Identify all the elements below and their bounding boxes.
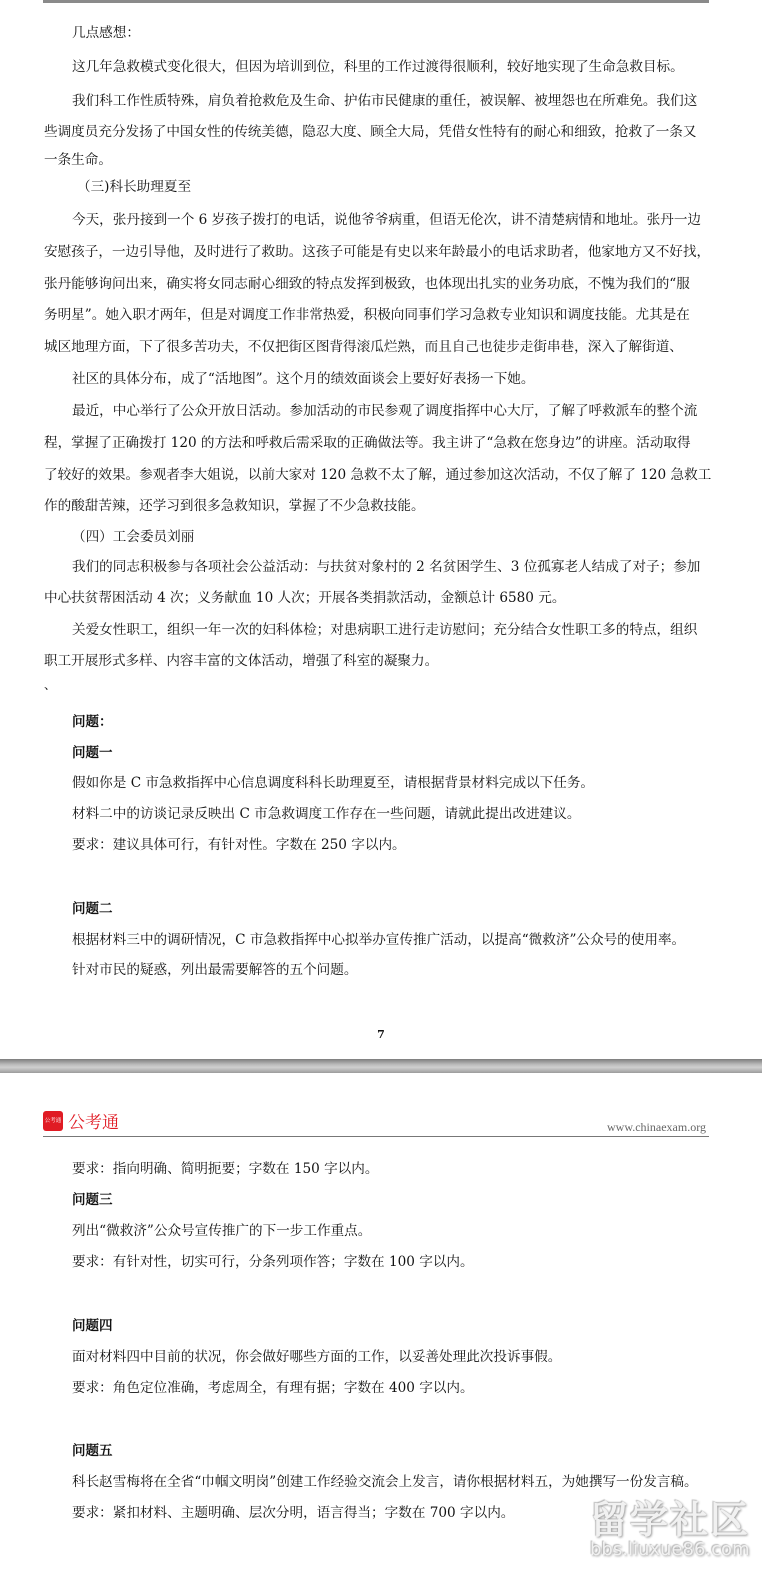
watermark-url: bbs.liuxue86.com [590, 1540, 760, 1560]
question-title: 问题一 [0, 744, 762, 762]
page-top-rule [43, 0, 709, 3]
question-line: 科长赵雪梅将在全省“巾帼文明岗”创建工作经验交流会上发言，请你根据材料五，为她撰… [0, 1473, 762, 1491]
questions-heading: 问题： [0, 713, 762, 731]
question-line: 列出“微救济”公众号宣传推广的下一步工作重点。 [0, 1222, 762, 1240]
question-requirement: 要求：建议具体可行，有针对性。字数在 250 字以内。 [0, 836, 762, 854]
paragraph-line: 务明星”。她入职才两年，但是对调度工作非常热爱，积极向同事们学习急救专业知识和调… [0, 306, 762, 324]
site-url: www.chinaexam.org [607, 1120, 706, 1135]
paragraph-line: 安慰孩子，一边引导他，及时进行了救助。这孩子可能是有史以来年龄最小的电话求助者，… [0, 243, 762, 261]
question-line: 面对材料四中目前的状况，你会做好哪些方面的工作，以妥善处理此次投诉事假。 [0, 1348, 762, 1366]
paragraph-line: 我们科工作性质特殊，肩负着抢救危及生命、护佑市民健康的重任，被误解、被埋怨也在所… [0, 92, 762, 110]
paragraph-line: 这几年急救模式变化很大，但因为培训到位，科里的工作过渡得很顺利，较好地实现了生命… [0, 58, 762, 76]
question-line: 根据材料三中的调研情况，C 市急救指挥中心拟举办宣传推广活动，以提高“微救济”公… [0, 931, 762, 949]
section-heading: （四）工会委员刘丽 [0, 528, 762, 546]
question-requirement: 要求：有针对性，切实可行，分条列项作答；字数在 100 字以内。 [0, 1253, 762, 1271]
paragraph-line: 社区的具体分布，成了“活地图”。这个月的绩效面谈会上要好好表扬一下她。 [0, 370, 762, 388]
paragraph-line: 些调度员充分发扬了中国女性的传统美德，隐忍大度、顾全大局，凭借女性特有的耐心和细… [0, 123, 762, 141]
paragraph-line: 城区地理方面，下了很多苦功夫，不仅把街区图背得滚瓜烂熟，而且自己也徒步走街串巷，… [0, 338, 762, 356]
paragraph-line: 作的酸甜苦辣，还学习到很多急救知识，掌握了不少急救技能。 [0, 497, 762, 515]
paragraph-line: 关爱女性职工，组织一年一次的妇科体检；对患病职工进行走访慰问；充分结合女性职工多… [0, 621, 762, 639]
paragraph-line: 程，掌握了正确拨打 120 的方法和呼救后需采取的正确做法等。我主讲了“急救在您… [0, 434, 762, 452]
page-header: 公考通 公考通 www.chinaexam.org [43, 1110, 709, 1137]
question-line: 假如你是 C 市急救指挥中心信息调度科科长助理夏至，请根据背景材料完成以下任务。 [0, 774, 762, 792]
question-title: 问题四 [0, 1317, 762, 1335]
paragraph-line: 了较好的效果。参观者李大姐说，以前大家对 120 急救不太了解，通过参加这次活动… [0, 466, 762, 484]
brand-name: 公考通 [68, 1108, 119, 1133]
paragraph-line: 我们的同志积极参与各项社会公益活动：与扶贫对象村的 2 名贫困学生、3 位孤寡老… [0, 558, 762, 576]
page-number: 7 [0, 1028, 762, 1041]
paragraph-line: 中心扶贫帮困活动 4 次；义务献血 10 人次；开展各类捐款活动，金额总计 65… [0, 589, 762, 607]
paragraph-line: 张丹能够询问出来，确实将女同志耐心细致的特点发挥到极致，也体现出扎实的业务功底，… [0, 275, 762, 293]
page-separator [0, 1059, 762, 1073]
question-title: 问题三 [0, 1191, 762, 1209]
question-requirement: 要求：角色定位准确，考虑周全，有理有据；字数在 400 字以内。 [0, 1379, 762, 1397]
paragraph-line: 一条生命。 [0, 151, 762, 169]
paragraph-line: 几点感想： [0, 24, 762, 42]
question-title: 问题二 [0, 900, 762, 918]
watermark: 留学社区 bbs.liuxue86.com [590, 1500, 760, 1568]
paragraph-line: 今天，张丹接到一个 6 岁孩子拨打的电话，说他爷爷病重，但语无伦次，讲不清楚病情… [0, 211, 762, 229]
paragraph-line: 职工开展形式多样、内容丰富的文体活动，增强了科室的凝聚力。 [0, 652, 762, 670]
stray-mark: 、 [44, 676, 56, 693]
question-requirement: 要求：指向明确、简明扼要；字数在 150 字以内。 [0, 1160, 762, 1178]
paragraph-line: 最近，中心举行了公众开放日活动。参加活动的市民参观了调度指挥中心大厅，了解了呼救… [0, 402, 762, 420]
question-line: 材料二中的访谈记录反映出 C 市急救调度工作存在一些问题，请就此提出改进建议。 [0, 805, 762, 823]
brand-logo-icon: 公考通 [43, 1111, 63, 1131]
watermark-title: 留学社区 [590, 1500, 760, 1540]
question-title: 问题五 [0, 1442, 762, 1460]
question-line: 针对市民的疑惑，列出最需要解答的五个问题。 [0, 961, 762, 979]
section-heading: （三)科长助理夏至 [0, 178, 762, 196]
